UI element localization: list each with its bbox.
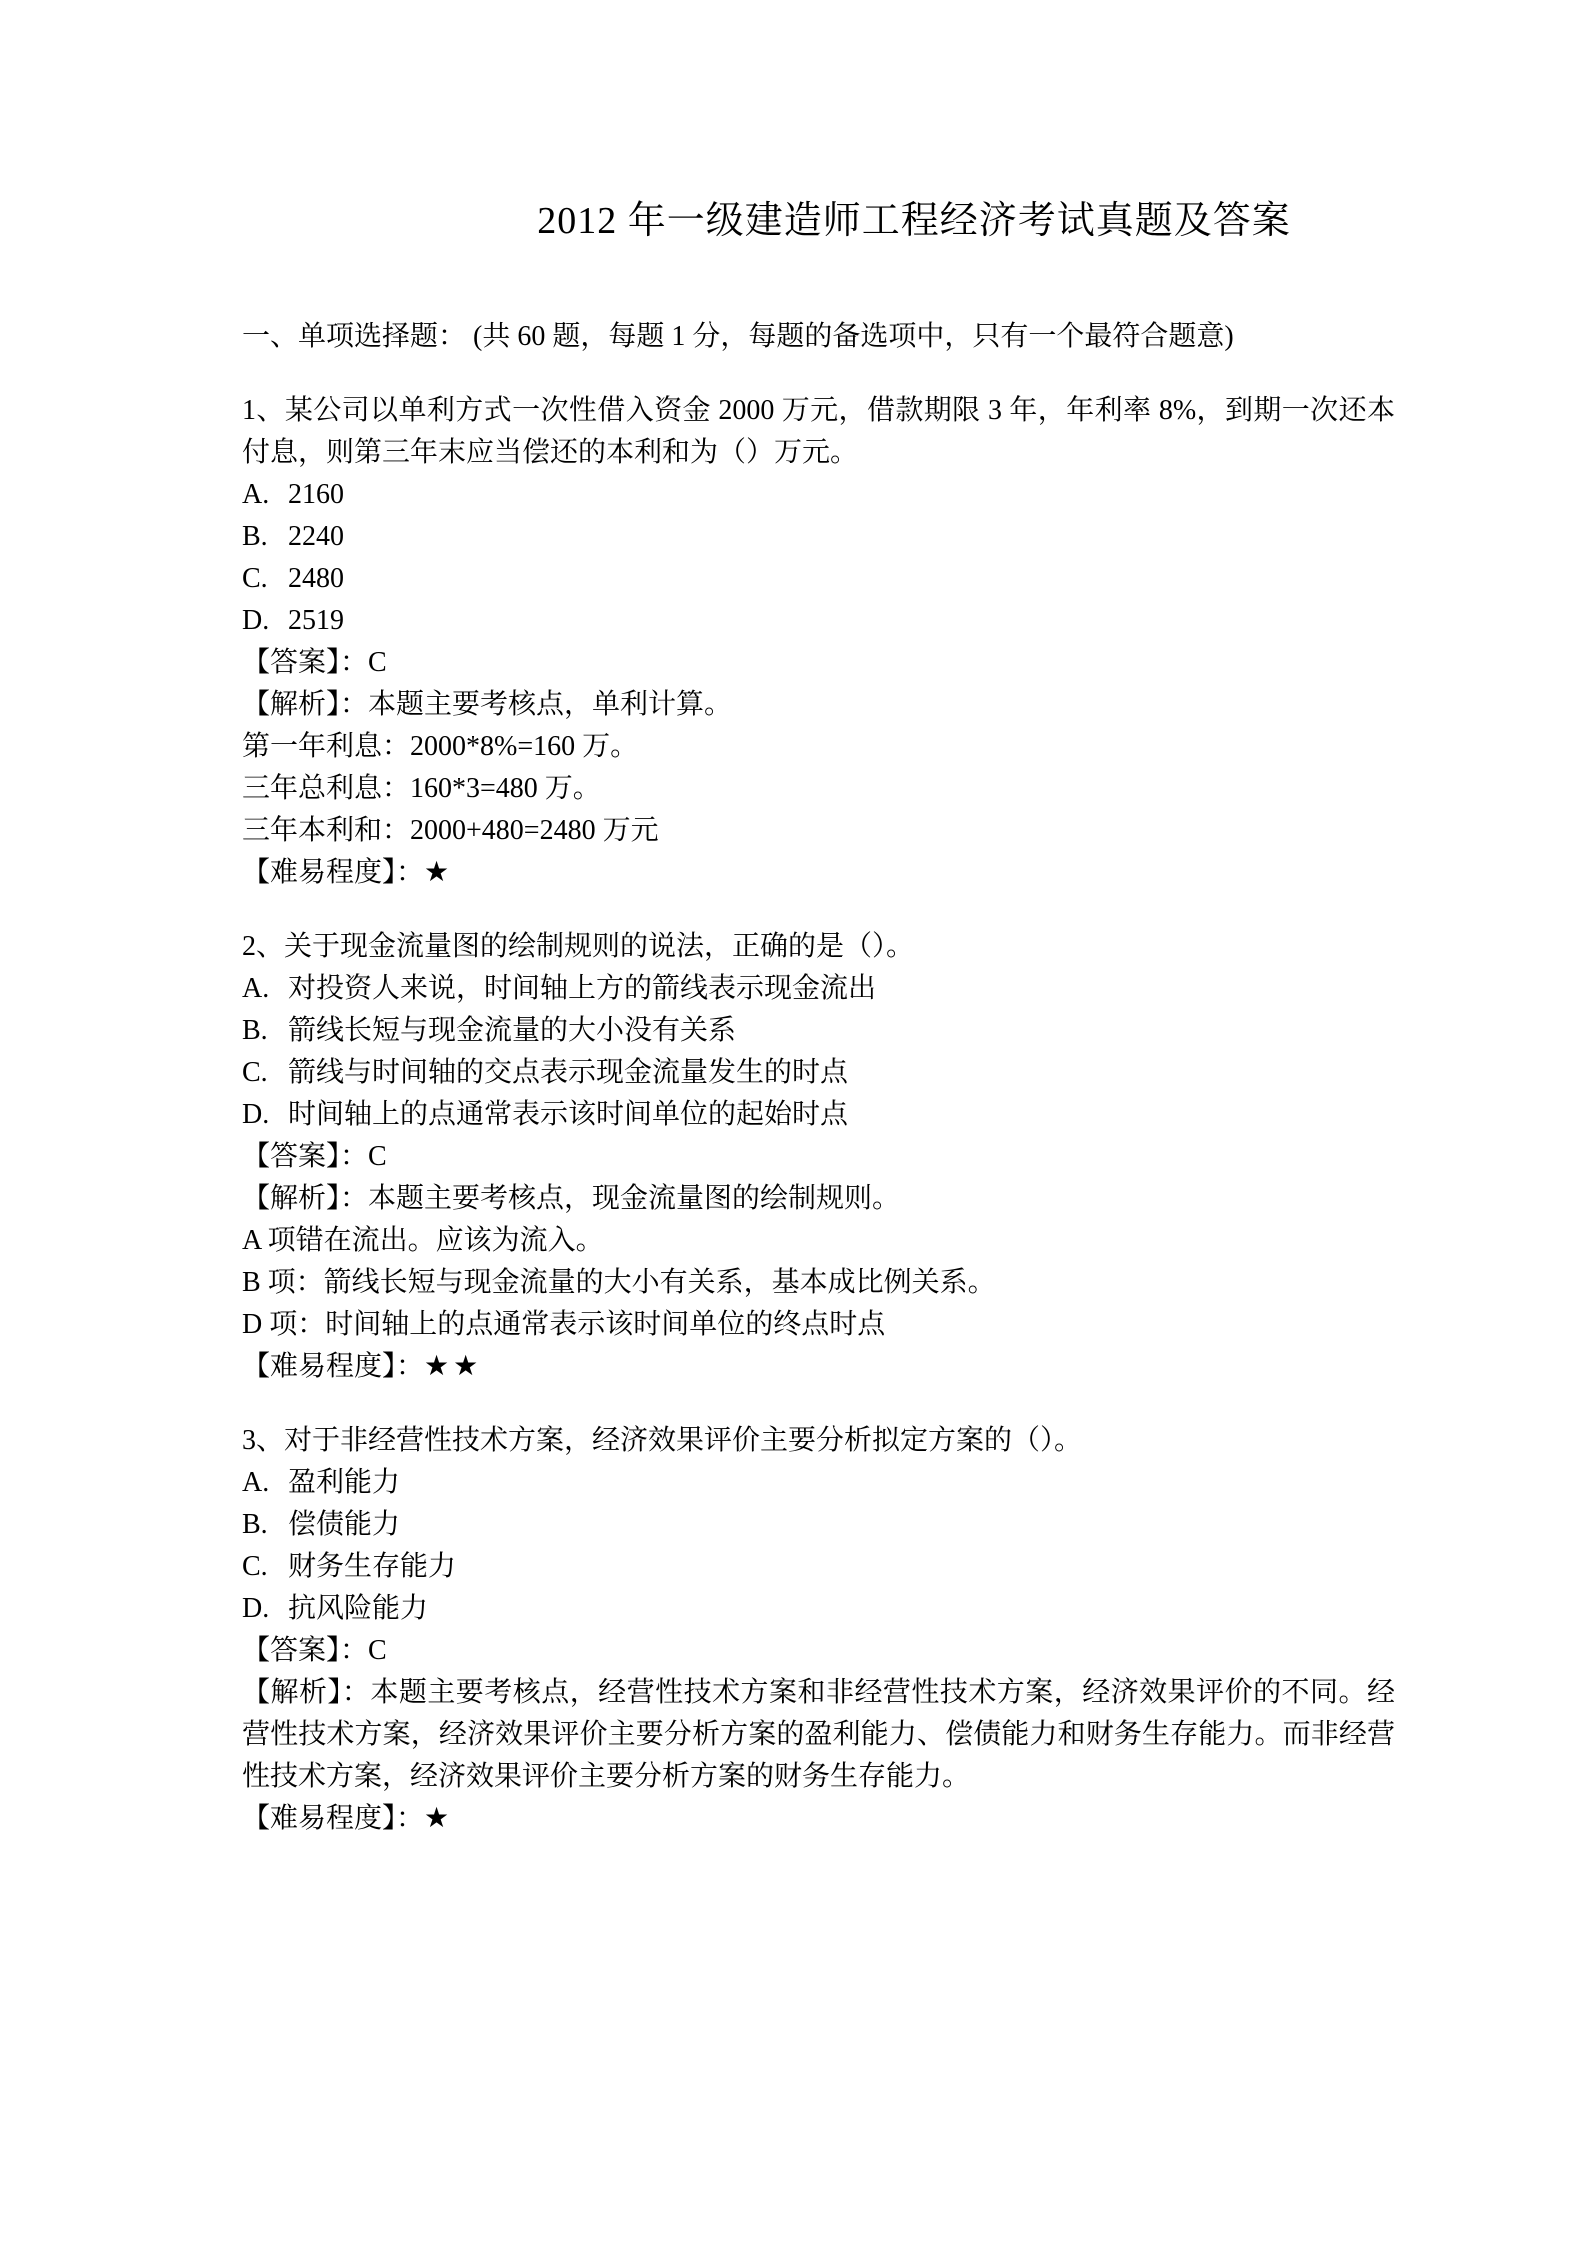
option-text: 偿债能力 (288, 1504, 1395, 1546)
question-block: 3、对于非经营性技术方案，经济效果评价主要分析拟定方案的（）。 A. 盈利能力 … (242, 1420, 1395, 1840)
document-page: 2012 年一级建造师工程经济考试真题及答案 一、单项选择题： (共 60 题，… (0, 0, 1586, 2242)
option-row: A. 2160 (242, 474, 1395, 516)
answer-line: 【答案】：C (242, 1630, 1395, 1672)
answer-label: 【答案】： (242, 1141, 368, 1172)
difficulty-label: 【难易程度】： (242, 1351, 424, 1382)
analysis-extra-lines: A 项错在流出。应该为流入。B 项：箭线长短与现金流量的大小有关系，基本成比例关… (242, 1220, 1395, 1346)
options-list: A. 对投资人来说，时间轴上方的箭线表示现金流出 B. 箭线长短与现金流量的大小… (242, 968, 1395, 1136)
page-title: 2012 年一级建造师工程经济考试真题及答案 (0, 0, 1586, 246)
option-row: D. 时间轴上的点通常表示该时间单位的起始时点 (242, 1094, 1395, 1136)
option-letter: A. (242, 1462, 288, 1504)
analysis-extra-line: 第一年利息：2000*8%=160 万。 (242, 726, 1395, 768)
answer-value: C (368, 1141, 387, 1172)
option-row: C. 2480 (242, 558, 1395, 600)
analysis-text: 本题主要考核点，经营性技术方案和非经营性技术方案，经济效果评价的不同。经营性技术… (242, 1677, 1395, 1792)
option-row: A. 对投资人来说，时间轴上方的箭线表示现金流出 (242, 968, 1395, 1010)
option-row: D. 抗风险能力 (242, 1588, 1395, 1630)
document-body: 一、单项选择题： (共 60 题，每题 1 分，每题的备选项中，只有一个最符合题… (242, 316, 1395, 1840)
analysis-label: 【解析】： (242, 1183, 368, 1214)
option-text: 2519 (288, 600, 1395, 642)
difficulty-line: 【难易程度】：★ (242, 1798, 1395, 1840)
option-text: 2240 (288, 516, 1395, 558)
options-list: A. 2160 B. 2240 C. 2480 D. 2519 (242, 474, 1395, 642)
option-text: 2160 (288, 474, 1395, 516)
difficulty-line: 【难易程度】：★ (242, 852, 1395, 894)
option-text: 财务生存能力 (288, 1546, 1395, 1588)
option-text: 抗风险能力 (288, 1588, 1395, 1630)
option-letter: C. (242, 558, 288, 600)
question-block: 2、关于现金流量图的绘制规则的说法，正确的是（）。 A. 对投资人来说，时间轴上… (242, 926, 1395, 1388)
option-letter: D. (242, 1094, 288, 1136)
answer-label: 【答案】： (242, 1635, 368, 1666)
analysis-line: 【解析】：本题主要考核点，现金流量图的绘制规则。 (242, 1178, 1395, 1220)
option-row: B. 箭线长短与现金流量的大小没有关系 (242, 1010, 1395, 1052)
option-letter: B. (242, 516, 288, 558)
questions-list: 1、某公司以单利方式一次性借入资金 2000 万元，借款期限 3 年，年利率 8… (242, 390, 1395, 1840)
option-letter: A. (242, 474, 288, 516)
option-letter: B. (242, 1504, 288, 1546)
question-stem: 1、某公司以单利方式一次性借入资金 2000 万元，借款期限 3 年，年利率 8… (242, 390, 1395, 474)
option-row: B. 2240 (242, 516, 1395, 558)
option-row: C. 财务生存能力 (242, 1546, 1395, 1588)
question-stem: 3、对于非经营性技术方案，经济效果评价主要分析拟定方案的（）。 (242, 1420, 1395, 1462)
option-text: 对投资人来说，时间轴上方的箭线表示现金流出 (288, 968, 1395, 1010)
option-row: C. 箭线与时间轴的交点表示现金流量发生的时点 (242, 1052, 1395, 1094)
option-letter: A. (242, 968, 288, 1010)
option-text: 2480 (288, 558, 1395, 600)
analysis-text: 本题主要考核点，现金流量图的绘制规则。 (368, 1183, 900, 1214)
option-row: D. 2519 (242, 600, 1395, 642)
option-text: 时间轴上的点通常表示该时间单位的起始时点 (288, 1094, 1395, 1136)
option-text: 箭线长短与现金流量的大小没有关系 (288, 1010, 1395, 1052)
difficulty-line: 【难易程度】：★★ (242, 1346, 1395, 1388)
analysis-extra-line: 三年本利和：2000+480=2480 万元 (242, 810, 1395, 852)
analysis-extra-line: B 项：箭线长短与现金流量的大小有关系，基本成比例关系。 (242, 1262, 1395, 1304)
difficulty-stars: ★★ (424, 1351, 482, 1382)
answer-line: 【答案】：C (242, 642, 1395, 684)
option-letter: D. (242, 1588, 288, 1630)
analysis-extra-line: A 项错在流出。应该为流入。 (242, 1220, 1395, 1262)
option-text: 箭线与时间轴的交点表示现金流量发生的时点 (288, 1052, 1395, 1094)
difficulty-stars: ★ (424, 857, 453, 888)
analysis-label: 【解析】： (242, 1677, 370, 1708)
options-list: A. 盈利能力 B. 偿债能力 C. 财务生存能力 D. 抗风险能力 (242, 1462, 1395, 1630)
question-stem: 2、关于现金流量图的绘制规则的说法，正确的是（）。 (242, 926, 1395, 968)
analysis-extra-line: 三年总利息：160*3=480 万。 (242, 768, 1395, 810)
option-letter: C. (242, 1052, 288, 1094)
section-header: 一、单项选择题： (共 60 题，每题 1 分，每题的备选项中，只有一个最符合题… (242, 316, 1395, 358)
difficulty-label: 【难易程度】： (242, 857, 424, 888)
analysis-extra-lines: 第一年利息：2000*8%=160 万。三年总利息：160*3=480 万。三年… (242, 726, 1395, 852)
analysis-label: 【解析】： (242, 689, 368, 720)
answer-label: 【答案】： (242, 647, 368, 678)
answer-value: C (368, 647, 387, 678)
option-letter: B. (242, 1010, 288, 1052)
option-text: 盈利能力 (288, 1462, 1395, 1504)
option-letter: C. (242, 1546, 288, 1588)
analysis-line: 【解析】：本题主要考核点，经营性技术方案和非经营性技术方案，经济效果评价的不同。… (242, 1672, 1395, 1798)
option-row: B. 偿债能力 (242, 1504, 1395, 1546)
question-block: 1、某公司以单利方式一次性借入资金 2000 万元，借款期限 3 年，年利率 8… (242, 390, 1395, 894)
difficulty-label: 【难易程度】： (242, 1803, 424, 1834)
analysis-text: 本题主要考核点，单利计算。 (368, 689, 732, 720)
difficulty-stars: ★ (424, 1803, 453, 1834)
analysis-line: 【解析】：本题主要考核点，单利计算。 (242, 684, 1395, 726)
option-letter: D. (242, 600, 288, 642)
option-row: A. 盈利能力 (242, 1462, 1395, 1504)
analysis-extra-line: D 项：时间轴上的点通常表示该时间单位的终点时点 (242, 1304, 1395, 1346)
answer-line: 【答案】：C (242, 1136, 1395, 1178)
answer-value: C (368, 1635, 387, 1666)
